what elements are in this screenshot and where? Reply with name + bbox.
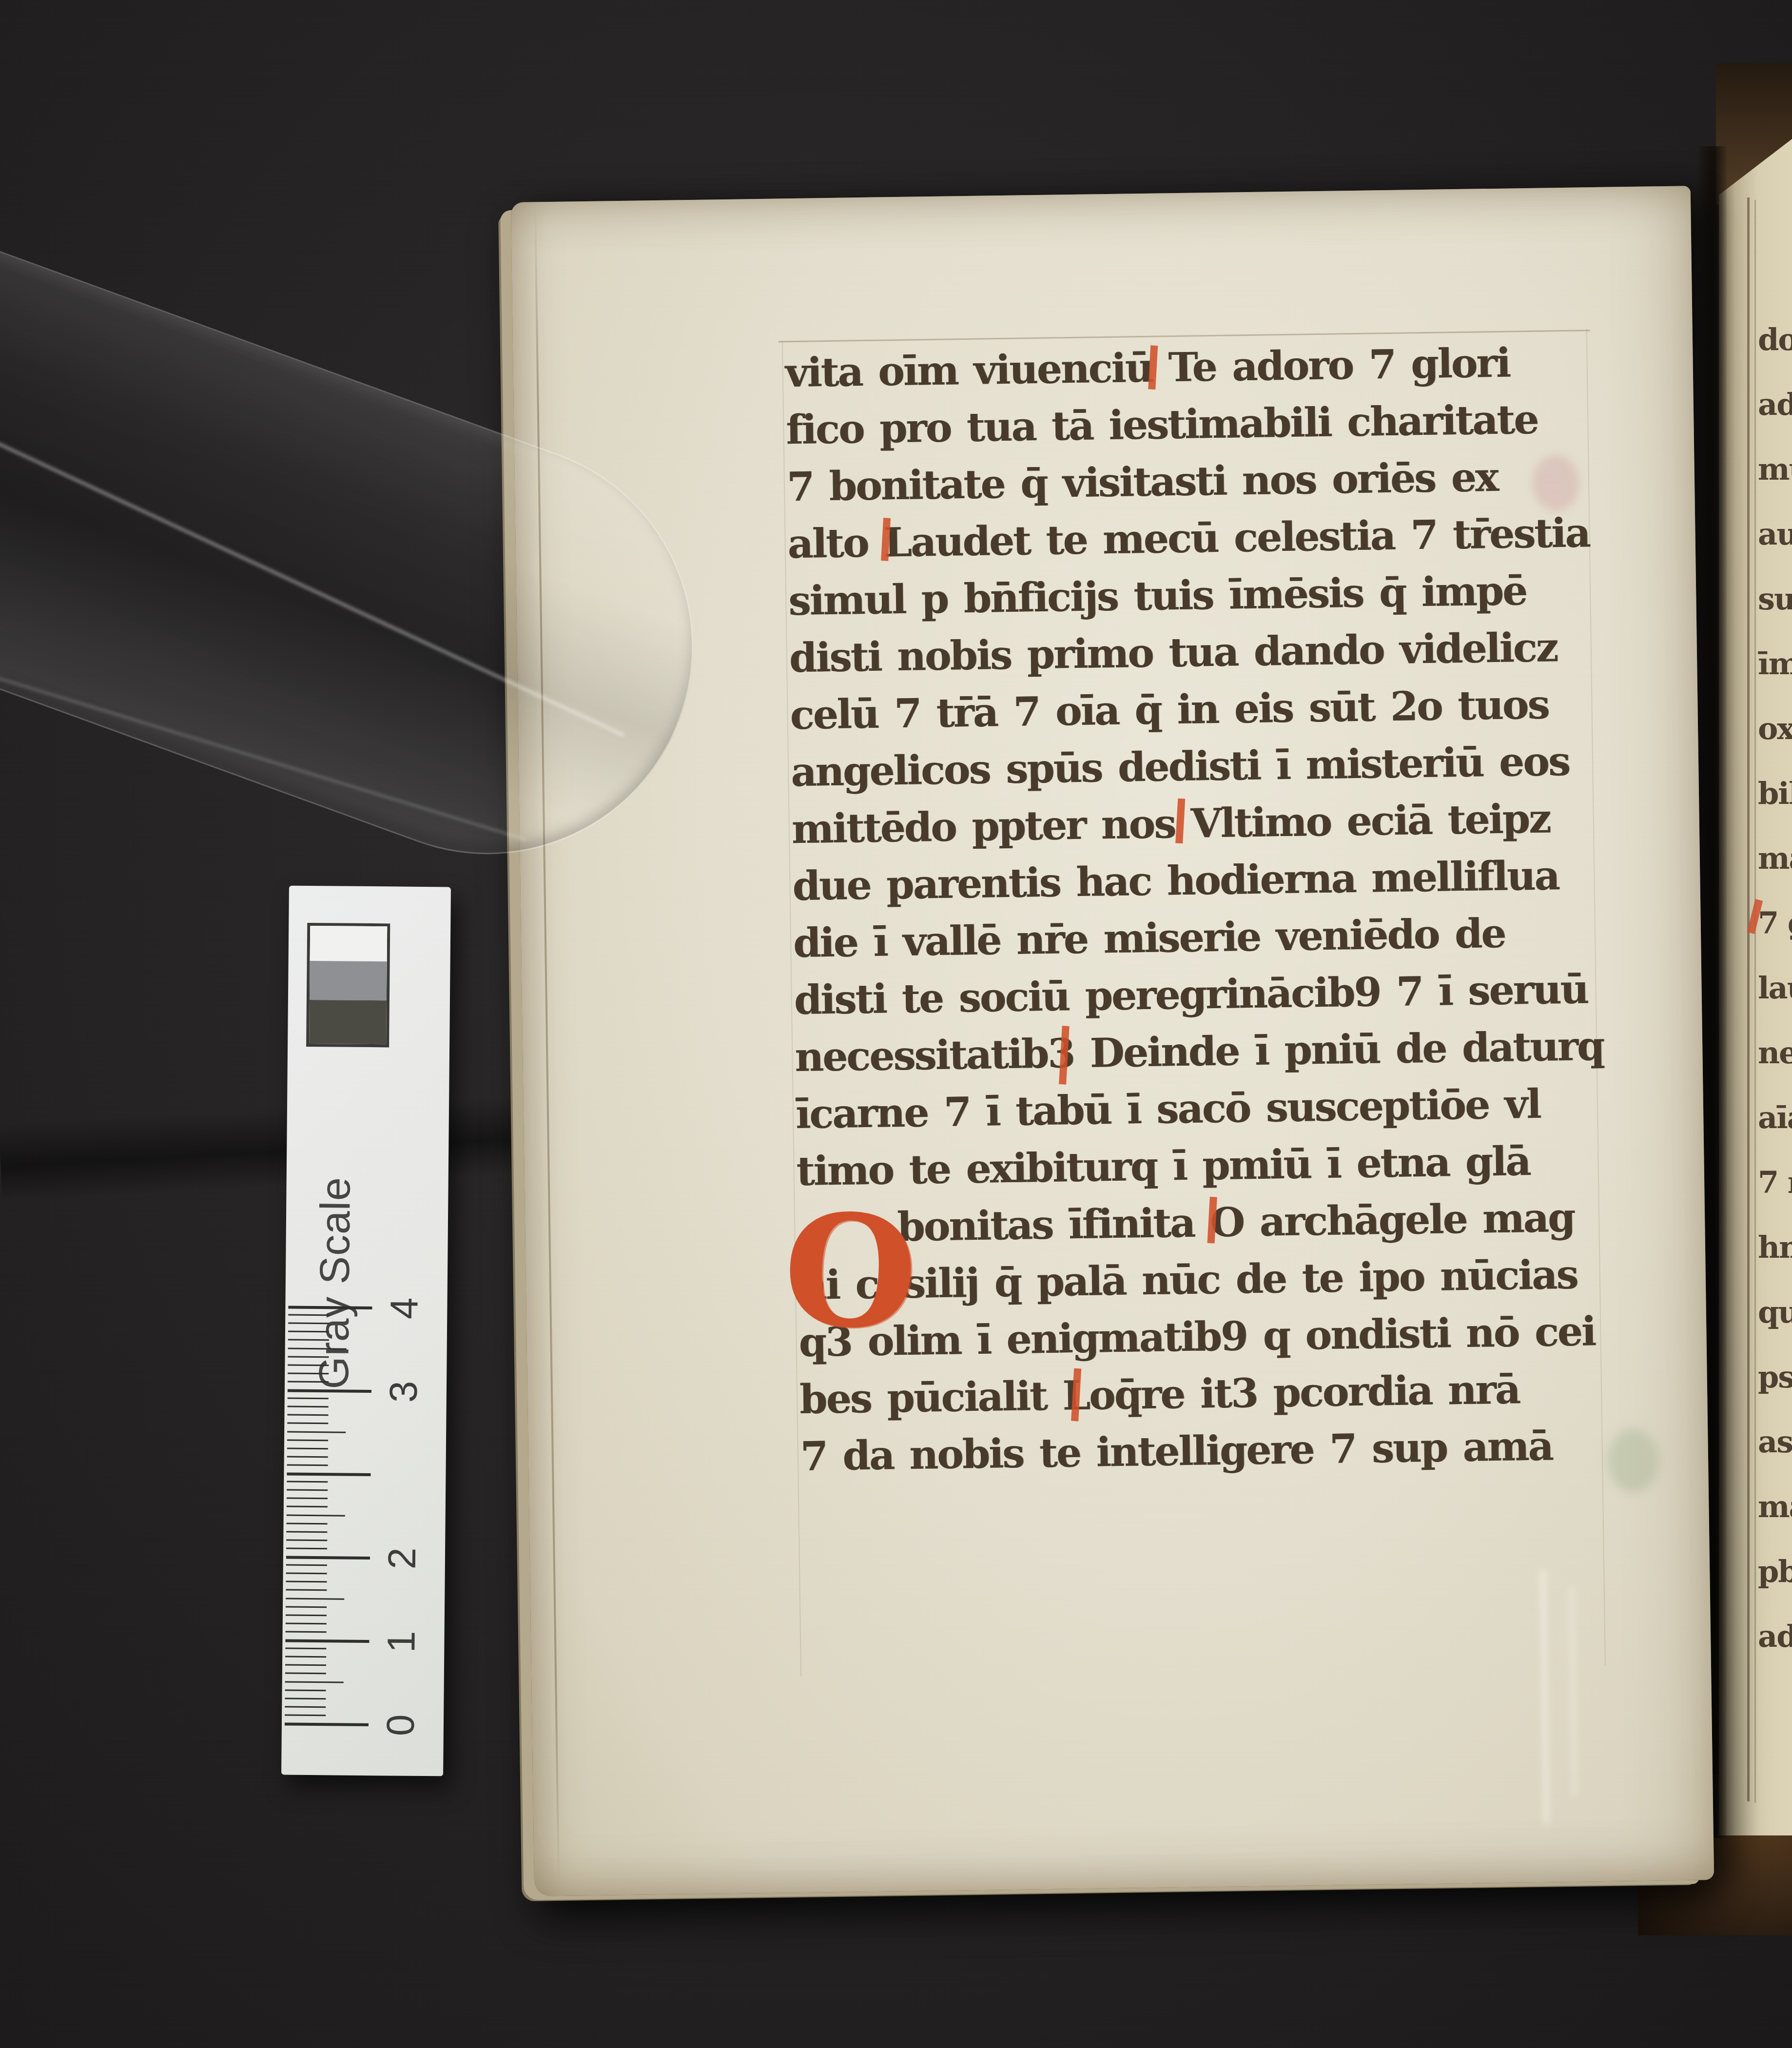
manuscript-line: fico pro tua tā iestimabili charitate [786, 390, 1605, 459]
ruler-major-tick [288, 1389, 371, 1393]
ruler-minor-tick [285, 1673, 326, 1675]
manuscript-line: īcarne 7 ī tabū ī sacō susceptiōe vl [795, 1075, 1615, 1143]
manuscript-line: mittēdo ppter nos Vltimo eciā teipz [791, 790, 1611, 858]
ruler-major-tick [285, 1723, 369, 1727]
facing-line-fragment: do s [1758, 322, 1792, 375]
ruler-major-tick [288, 1306, 372, 1310]
facing-line-fragment: quē [1758, 1294, 1792, 1348]
ruler-minor-tick [286, 1589, 327, 1591]
manuscript-line: bes pūcialit Loq̄re it3 pcordia nrā [799, 1360, 1618, 1428]
gray-scale-card: Gray Scale 4 3 2 1 0 [281, 886, 451, 1776]
facing-line-fragment: ad [1758, 1619, 1792, 1672]
manuscript-line: simul p bn̄ficijs tuis īmēsis q̄ impē [788, 562, 1608, 630]
facing-line-fragment: mā [1758, 1489, 1792, 1542]
ruler-minor-tick [286, 1573, 327, 1575]
ruler-minor-tick [288, 1381, 329, 1383]
ruler-minor-tick [288, 1373, 329, 1375]
ruler-minor-tick [288, 1314, 329, 1316]
ruler-minor-tick [288, 1323, 329, 1325]
ruler-minor-tick [286, 1615, 327, 1617]
facing-line-fragment: aspe [1758, 1424, 1792, 1478]
facing-line-fragment: hm t [1758, 1229, 1792, 1283]
ruler-minor-tick [288, 1356, 329, 1358]
patch-mid-gray [310, 961, 387, 1000]
facing-line-fragment: ox a [1758, 711, 1792, 764]
ruler-minor-tick [286, 1581, 327, 1583]
ruler-major-tick [285, 1639, 369, 1643]
ruler-minor-tick [288, 1331, 329, 1333]
ruler-minor-tick [286, 1564, 327, 1566]
patch-white [310, 926, 388, 961]
facing-page-edge: do sad qmuauesubīmox abiliemā7 glelaudne… [1719, 139, 1792, 1835]
ruler-number: 4 [381, 1285, 428, 1332]
facing-line-fragment: psal [1758, 1359, 1792, 1413]
manuscript-line: die ī vallē nr̄e miserie veniēdo de [793, 904, 1612, 972]
ruler-minor-tick [285, 1706, 326, 1708]
manuscript-line: 7 da nobis te intelligere 7 sup amā [800, 1417, 1619, 1485]
ruler-major-tick [287, 1473, 370, 1477]
ruler-minor-tick [285, 1715, 326, 1716]
ruler-minor-tick [286, 1623, 327, 1625]
facing-line-fragment: ad q [1758, 387, 1792, 440]
facing-line-fragment: bilie [1758, 776, 1792, 829]
ruler-minor-tick [287, 1498, 328, 1500]
ruler-minor-tick [287, 1440, 328, 1442]
ruler-minor-tick [285, 1681, 344, 1683]
ruler-minor-tick [286, 1548, 327, 1550]
facing-line-fragment: laud [1758, 970, 1792, 1024]
ruler-minor-tick [287, 1489, 328, 1491]
manuscript-line: due parentis hac hodierna melliflua [792, 847, 1612, 915]
ruler-minor-tick [287, 1515, 345, 1517]
manuscript-line: q3 olim ī enigmatib9 q ondisti nō cei [799, 1303, 1618, 1371]
ruler-minor-tick [288, 1339, 329, 1341]
ruler-minor-tick [285, 1648, 326, 1650]
ruler-number: 1 [378, 1618, 425, 1665]
manuscript-line: disti nobis primo tua dando videlicz [789, 619, 1608, 687]
ruler-minor-tick [285, 1656, 326, 1658]
ruler-ticks [289, 886, 451, 887]
ruler-minor-tick [287, 1481, 328, 1483]
facing-page-ruled-line [1747, 197, 1750, 1801]
ruler-major-tick [286, 1556, 370, 1560]
ruler-minor-tick [285, 1698, 326, 1700]
ruler-number: 3 [380, 1368, 427, 1415]
ruler-number [379, 1451, 427, 1499]
manuscript-line: angelicos spūs dedisti ī misteriū eos [790, 733, 1610, 801]
ruler-minor-tick [288, 1365, 329, 1366]
ruler-minor-tick [288, 1406, 329, 1408]
manuscript-line: ni cōsilij q̄ palā nūc de te ipo nūcias [798, 1246, 1617, 1314]
facing-line-fragment: pba [1758, 1554, 1792, 1607]
ruler-minor-tick [287, 1448, 328, 1450]
calibration-patches [306, 923, 390, 1047]
facing-line-fragment: mu [1758, 451, 1792, 505]
ruler-number: 0 [377, 1701, 425, 1749]
ruler-minor-tick [287, 1523, 328, 1525]
manuscript-page: vita oīm viuenciū Te adoro 7 glori fico … [511, 186, 1714, 1896]
facing-line-fragment: aue [1758, 516, 1792, 570]
ruler-minor-tick [287, 1506, 328, 1508]
ruler-minor-tick [287, 1414, 328, 1416]
patch-dark-gray [309, 1000, 387, 1044]
ruler-minor-tick [287, 1464, 328, 1466]
manuscript-line: celū 7 tr̄ā 7 oīa q̄ in eis sūt 2o tuos [790, 676, 1609, 744]
facing-line-fragment: īm [1758, 646, 1792, 700]
drop-cap-initial-O: O [780, 1196, 898, 1362]
ruler-minor-tick [286, 1631, 327, 1633]
facing-line-fragment: ne ad [1758, 1035, 1792, 1089]
facing-line-fragment: aīa [1758, 1100, 1792, 1153]
ruler-minor-tick [286, 1598, 344, 1600]
ruler-minor-tick [288, 1348, 347, 1350]
ruler-minor-tick [288, 1398, 329, 1400]
manuscript-line: disti te sociū peregrinācib9 7 ī seruū [794, 961, 1613, 1029]
ruler-minor-tick [285, 1690, 326, 1692]
ruler-minor-tick [287, 1431, 346, 1433]
ruler-minor-tick [286, 1606, 327, 1608]
ruler-minor-tick [287, 1423, 328, 1424]
photo-stage: do sad qmuauesubīmox abiliemā7 glelaudne… [0, 0, 1792, 2048]
facing-line-fragment: sub [1758, 581, 1792, 635]
ruler-minor-tick [287, 1456, 328, 1458]
manuscript-line: necessitatib3 Deinde ī pniū de daturq [795, 1018, 1614, 1086]
facing-line-fragment: 7 gle [1758, 905, 1792, 959]
ruler-number: 2 [379, 1535, 426, 1582]
manuscript-line: vita oīm viuenciū Te adoro 7 glori [785, 333, 1604, 402]
ruler-minor-tick [286, 1540, 327, 1541]
ruler-minor-tick [286, 1531, 327, 1533]
facing-line-fragment: mā [1758, 840, 1792, 894]
manuscript-line: 7 bonitate q̄ visitasti nos oriēs ex [786, 448, 1606, 516]
ruler-minor-tick [285, 1664, 326, 1666]
manuscript-line: alto Laudet te mecū celestia 7 tr̄estia [787, 505, 1607, 573]
facing-line-fragment: 7 mb [1758, 1165, 1792, 1218]
